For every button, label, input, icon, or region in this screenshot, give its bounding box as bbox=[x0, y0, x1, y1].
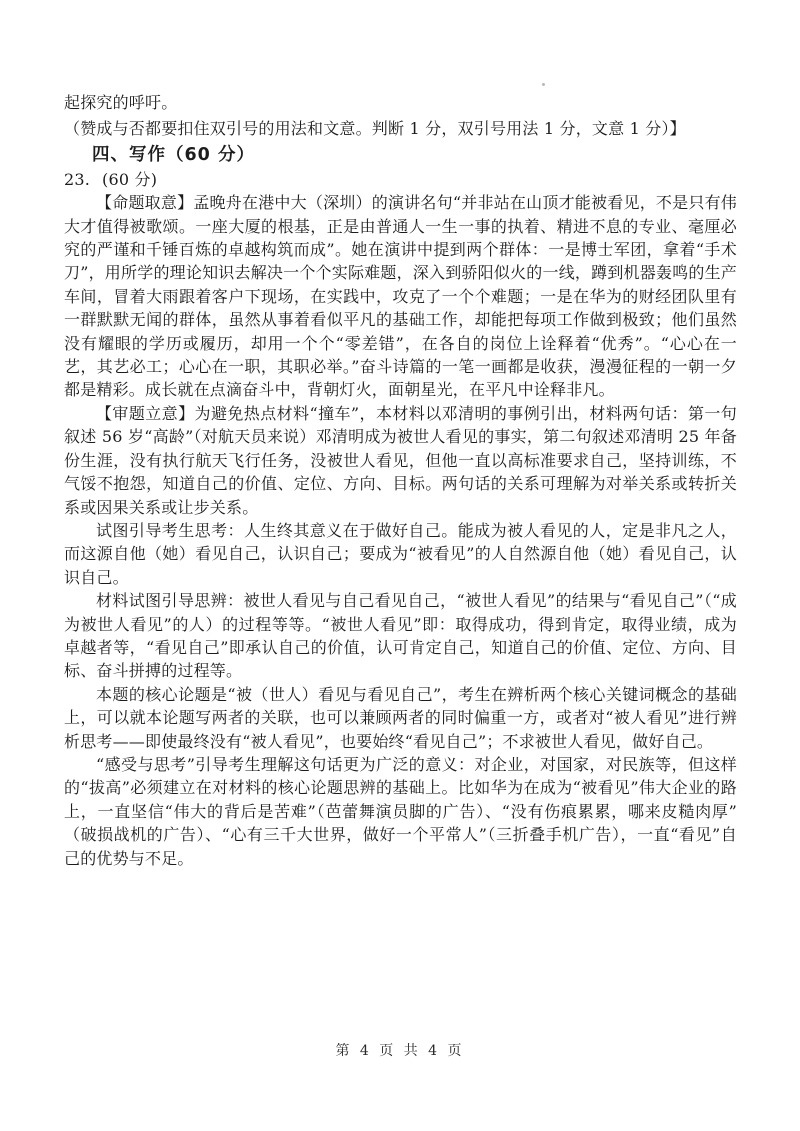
question-score: (60 分) bbox=[102, 170, 157, 189]
analysis-paragraph: 【命题取意】孟晚舟在港中大（深圳）的演讲名句“并非站在山顶才能被看见，不是只有伟… bbox=[64, 191, 737, 402]
analysis-paragraphs: 【命题取意】孟晚舟在港中大（深圳）的演讲名句“并非站在山顶才能被看见，不是只有伟… bbox=[64, 191, 737, 870]
page-footer: 第 4 页 共 4 页 bbox=[0, 1040, 800, 1060]
analysis-paragraph: 材料试图引导思辨：被世人看见与自己看见自己，“被世人看见”的结果与“看见自己”（… bbox=[64, 589, 737, 683]
analysis-paragraph: 【审题立意】为避免热点材料“撞车”，本材料以邓清明的事例引出，材料两句话：第一句… bbox=[64, 402, 737, 519]
section-heading-writing: 四、写作（60 分） bbox=[92, 143, 737, 167]
analysis-paragraph: 试图引导考生思考：人生终其意义在于做好自己。能成为被人看见的人，定是非凡之人，而… bbox=[64, 519, 737, 589]
question-line: 23.(60 分) bbox=[64, 168, 737, 191]
document-body: 起探究的呼吁。 （赞成与否都要扣住双引号的用法和文意。判断 1 分，双引号用法 … bbox=[64, 91, 737, 870]
analysis-paragraph: “感受与思考”引导考生理解这句话更为广泛的意义：对企业，对国家，对民族等，但这样… bbox=[64, 753, 737, 870]
document-page: 起探究的呼吁。 （赞成与否都要扣住双引号的用法和文意。判断 1 分，双引号用法 … bbox=[0, 0, 800, 1131]
scoring-note: （赞成与否都要扣住双引号的用法和文意。判断 1 分，双引号用法 1 分，文意 1… bbox=[64, 117, 737, 140]
scan-artifact-dot bbox=[542, 83, 545, 86]
analysis-paragraph: 本题的核心论题是“被（世人）看见与看见自己”，考生在辨析两个核心关键词概念的基础… bbox=[64, 683, 737, 753]
continuation-line: 起探究的呼吁。 bbox=[64, 91, 737, 114]
question-number: 23. bbox=[64, 168, 90, 191]
